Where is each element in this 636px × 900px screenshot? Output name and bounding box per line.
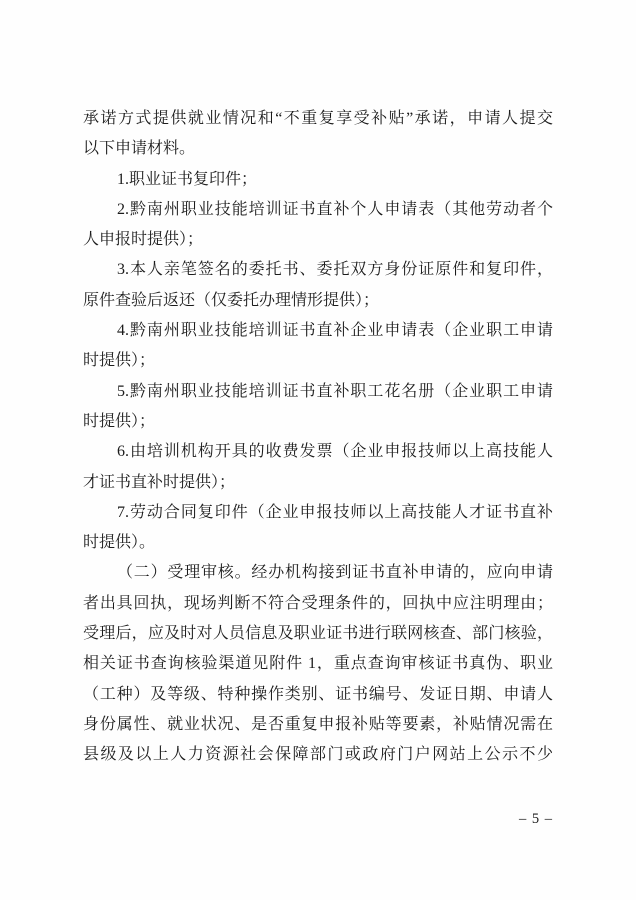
text-line: 人申报时提供）； [83, 225, 553, 255]
document-page: 承诺方式提供就业情况和“不重复享受补贴”承诺，申请人提交 以下申请材料。 1.职… [0, 0, 636, 900]
text-line: 2.黔南州职业技能培训证书直补个人申请表（其他劳动者个 [83, 195, 553, 225]
text-line: 时提供）。 [83, 528, 553, 558]
text-line: 6.由培训机构开具的收费发票（企业申报技师以上高技能人 [83, 437, 553, 467]
text-line: （工种）及等级、特种操作类别、证书编号、发证日期、申请人 [83, 680, 553, 710]
text-line: 身份属性、就业状况、是否重复申报补贴等要素，补贴情况需在 [83, 710, 553, 740]
text-line: 4.黔南州职业技能培训证书直补企业申请表（企业职工申请 [83, 316, 553, 346]
text-line: 原件查验后返还（仅委托办理情形提供）； [83, 286, 553, 316]
text-line: 才证书直补时提供）； [83, 468, 553, 498]
text-line: 者出具回执，现场判断不符合受理条件的，回执中应注明理由； [83, 589, 553, 619]
text-line: 县级及以上人力资源社会保障部门或政府门户网站上公示不少 [83, 740, 553, 770]
text-line: （二）受理审核。经办机构接到证书直补申请的，应向申请 [83, 558, 553, 588]
text-line: 1.职业证书复印件； [83, 165, 553, 195]
text-line: 受理后，应及时对人员信息及职业证书进行联网核查、部门核验， [83, 619, 553, 649]
text-line: 时提供）； [83, 407, 553, 437]
text-line: 3.本人亲笔签名的委托书、委托双方身份证原件和复印件， [83, 255, 553, 285]
text-line: 7.劳动合同复印件（企业申报技师以上高技能人才证书直补 [83, 498, 553, 528]
text-line: 时提供）； [83, 346, 553, 376]
text-line: 相关证书查询核验渠道见附件 1，重点查询审核证书真伪、职业 [83, 649, 553, 679]
page-number: – 5 – [0, 811, 553, 828]
text-line: 5.黔南州职业技能培训证书直补职工花名册（企业职工申请 [83, 377, 553, 407]
text-line: 以下申请材料。 [83, 134, 553, 164]
document-body: 承诺方式提供就业情况和“不重复享受补贴”承诺，申请人提交 以下申请材料。 1.职… [83, 104, 553, 771]
text-line: 承诺方式提供就业情况和“不重复享受补贴”承诺，申请人提交 [83, 104, 553, 134]
